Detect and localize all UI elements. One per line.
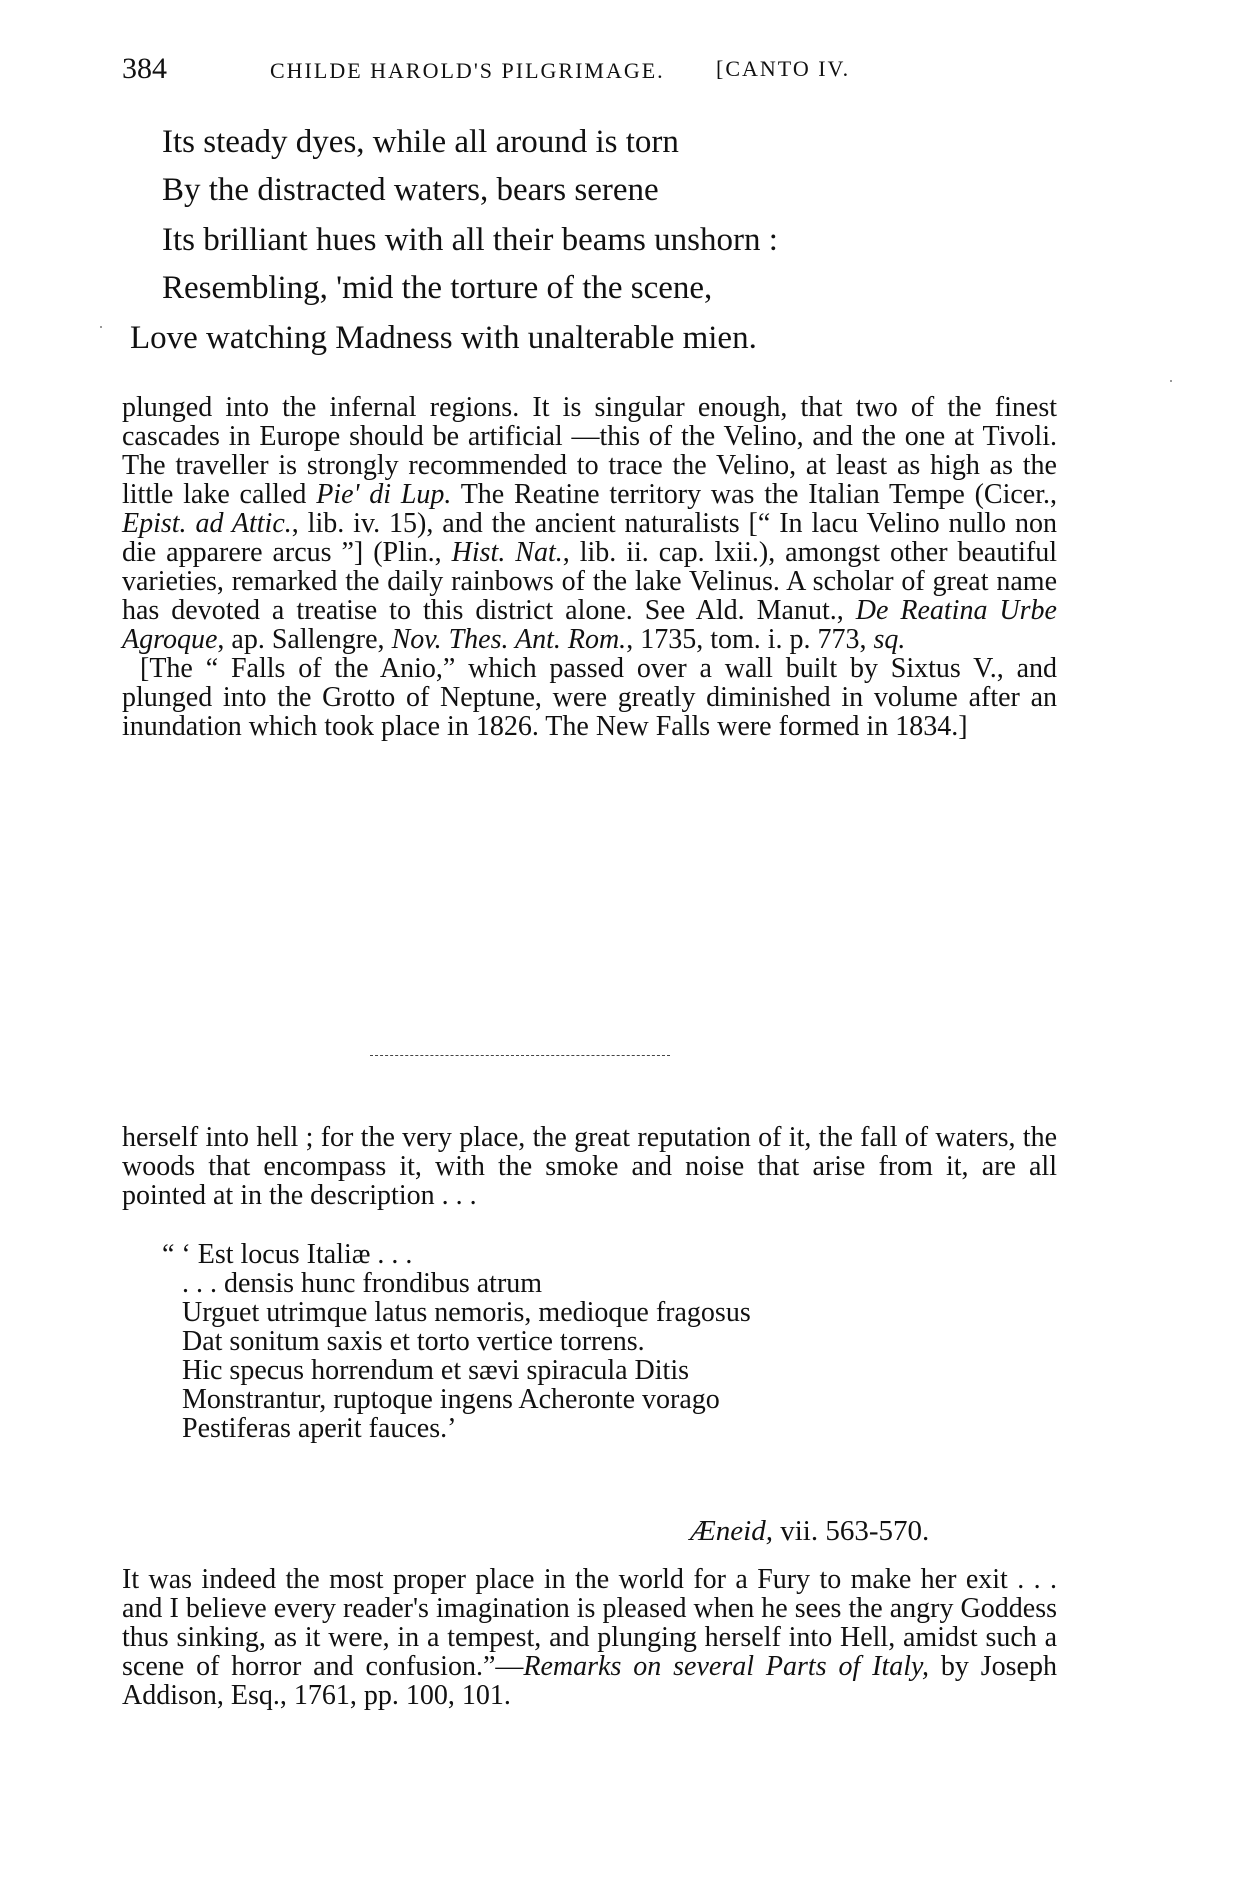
anio-paragraph: [The “ Falls of the Anio,” which passed … xyxy=(122,654,1057,741)
footnote-velino: plunged into the infernal regions. It is… xyxy=(122,393,1057,741)
quote-line: “ ‘ Est locus Italiæ . . . xyxy=(162,1240,751,1269)
quote-line: Hic specus horrendum et sævi spiracula D… xyxy=(182,1356,751,1385)
verse-line: By the distracted waters, bears serene xyxy=(162,172,659,209)
italic-title: Hist. Nat. xyxy=(452,537,563,568)
quote-line: Dat sonitum saxis et torto vertice torre… xyxy=(182,1327,751,1356)
quote-line: . . . densis hunc frondibus atrum xyxy=(182,1269,751,1298)
note-text: , ap. Sallengre, xyxy=(217,624,391,655)
quote-line: Urguet utrimque latus nemoris, medioque … xyxy=(182,1298,751,1327)
running-title: CHILDE HAROLD'S PILGRIMAGE. xyxy=(270,58,665,84)
scan-speck xyxy=(100,326,102,328)
note-text: The Reatine territory was the Italian Te… xyxy=(451,479,1057,510)
italic-title: Epist. ad Attic. xyxy=(122,508,292,539)
italic-title: Pie' di Lup. xyxy=(316,479,451,510)
verse-line: Its brilliant hues with all their beams … xyxy=(162,222,778,259)
aeneid-reference: Æneid, vii. 563-570. xyxy=(690,1515,929,1548)
quote-line: Pestiferas aperit fauces.’ xyxy=(182,1414,751,1443)
addison-closing: It was indeed the most proper place in t… xyxy=(122,1565,1057,1710)
italic-title: Nov. Thes. Ant. Rom. xyxy=(392,624,627,655)
page-number: 384 xyxy=(122,52,167,86)
verse-line: Love watching Madness with unalterable m… xyxy=(130,320,757,357)
scan-speck xyxy=(1170,380,1172,382)
canto-label: [CANTO IV. xyxy=(716,56,850,82)
addison-intro: herself into hell ; for the very place, … xyxy=(122,1123,1057,1210)
page-header: 384 CHILDE HAROLD'S PILGRIMAGE. [CANTO I… xyxy=(122,52,1052,92)
ref-lines: vii. 563-570. xyxy=(773,1515,929,1547)
aeneid-quotation: “ ‘ Est locus Italiæ . . . . . . densis … xyxy=(182,1240,751,1443)
verse-line: Resembling, 'mid the torture of the scen… xyxy=(162,270,712,307)
note-text: , 1735, tom. i. p. 773, xyxy=(626,624,873,655)
section-divider xyxy=(370,1055,670,1056)
verse-line: Its steady dyes, while all around is tor… xyxy=(162,124,679,161)
intro-text: herself into hell ; for the very place, … xyxy=(122,1123,1057,1210)
ref-title: Æneid, xyxy=(690,1515,773,1547)
italic-abbrev: sq. xyxy=(874,624,906,655)
book-title: Remarks on several Parts of Italy, xyxy=(523,1651,929,1682)
quote-line: Monstrantur, ruptoque ingens Acheronte v… xyxy=(182,1385,751,1414)
